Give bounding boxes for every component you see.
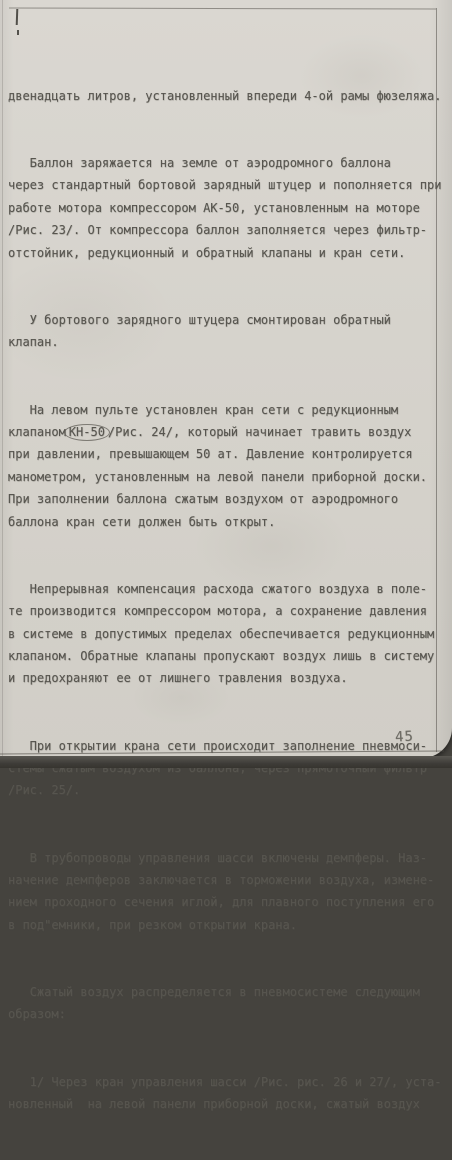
page-frame-left-line bbox=[2, 0, 3, 756]
pen-mark bbox=[16, 9, 20, 37]
scanned-document-screenshot: { "document": { "page_number": "45", "ma… bbox=[0, 0, 452, 768]
paragraph: Непрерывная компенсация расхода сжатого … bbox=[8, 578, 452, 690]
page-bottom-edge bbox=[0, 756, 452, 768]
pen-dot-icon bbox=[17, 30, 19, 35]
paragraph-text-after-circle: /Рис. 24/, который начинает травить возд… bbox=[8, 425, 427, 529]
document-page: двенадцать литров, установленный впереди… bbox=[0, 0, 452, 758]
circled-valve-code: КН-50 bbox=[64, 424, 110, 441]
pen-stroke-icon bbox=[16, 9, 19, 25]
paragraph: Баллон заряжается на земле от аэродромно… bbox=[8, 152, 452, 264]
paragraph-continuation: двенадцать литров, установленный впереди… bbox=[8, 85, 452, 107]
page-frame-top-line bbox=[9, 7, 436, 9]
page-number: 45 bbox=[395, 729, 415, 746]
paragraph: У бортового зарядного штуцера смонтирова… bbox=[8, 309, 452, 354]
paragraph: На левом пульте установлен кран сети с р… bbox=[8, 399, 452, 533]
page-text: двенадцать литров, установленный впереди… bbox=[8, 40, 452, 768]
